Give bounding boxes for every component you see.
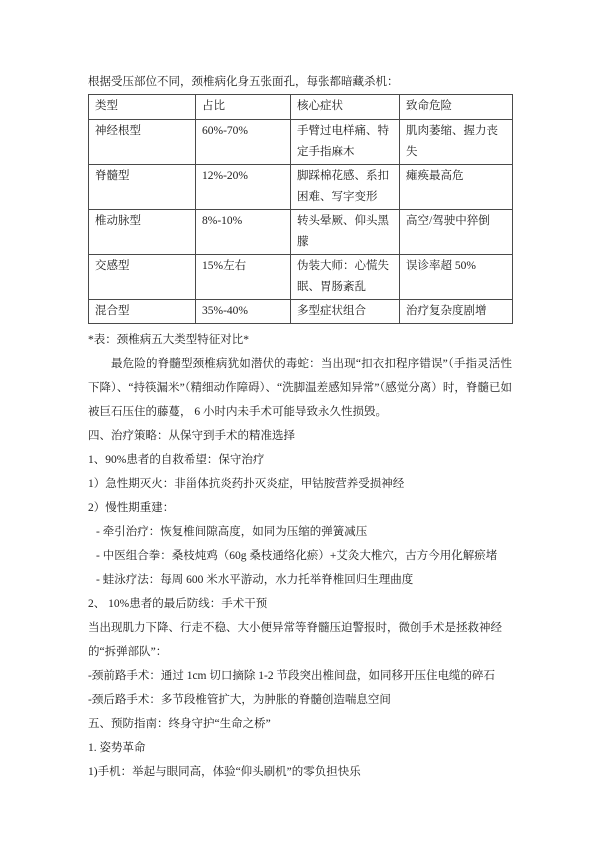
- list-item-swimming: - 蛙泳疗法：每周 600 米水平游动，水力托举脊椎回归生理曲度: [88, 568, 512, 592]
- header-type: 类型: [89, 95, 196, 120]
- cervical-types-table: 类型 占比 核心症状 致命危险 神经根型 60%-70% 手臂过电样痛、特定手指…: [88, 94, 513, 324]
- intro-text: 根据受压部位不同，颈椎病化身五张面孔，每张都暗藏杀机：: [88, 70, 512, 94]
- document-page: 根据受压部位不同，颈椎病化身五张面孔，每张都暗藏杀机： 类型 占比 核心症状 致…: [0, 0, 595, 841]
- cell-danger: 治疗复杂度剧增: [400, 300, 513, 324]
- cell-symptoms: 脚踩棉花感、系扣困难、写字变形: [291, 165, 400, 210]
- cell-ratio: 12%-20%: [196, 165, 291, 210]
- subheading-surgery: 2、 10%患者的最后防线：手术干预: [88, 592, 512, 616]
- table-row: 交感型 15%左右 伪装大师：心慌失眠、胃肠紊乱 误诊率超 50%: [89, 255, 513, 300]
- list-item-posterior-surgery: -颈后路手术：多节段椎管扩大，为肿胀的脊髓创造喘息空间: [88, 688, 512, 712]
- subheading-posture: 1. 姿势革命: [88, 736, 512, 760]
- table-row: 混合型 35%-40% 多型症状组合 治疗复杂度剧增: [89, 300, 513, 324]
- list-item-anterior-surgery: -颈前路手术：通过 1cm 切口摘除 1-2 节段突出椎间盘，如同移开压住电缆的…: [88, 664, 512, 688]
- table-caption: *表：颈椎病五大类型特征对比*: [88, 328, 512, 352]
- section-heading-treatment: 四、治疗策略：从保守到手术的精准选择: [88, 424, 512, 448]
- body-line-chronic: 2）慢性期重建：: [88, 496, 512, 520]
- header-ratio: 占比: [196, 95, 291, 120]
- list-item-traction: - 牵引治疗：恢复椎间隙高度，如同为压缩的弹簧减压: [88, 520, 512, 544]
- table-header-row: 类型 占比 核心症状 致命危险: [89, 95, 513, 120]
- cell-symptoms: 手臂过电样痛、特定手指麻木: [291, 120, 400, 165]
- cell-symptoms: 伪装大师：心慌失眠、胃肠紊乱: [291, 255, 400, 300]
- cell-symptoms: 多型症状组合: [291, 300, 400, 324]
- header-danger: 致命危险: [400, 95, 513, 120]
- header-symptoms: 核心症状: [291, 95, 400, 120]
- cell-type: 交感型: [89, 255, 196, 300]
- list-item-tcm: - 中医组合拳：桑枝炖鸡（60g 桑枝通络化瘀）+艾灸大椎穴，古方今用化解瘀堵: [88, 544, 512, 568]
- body-paragraph-surgery-warning: 当出现肌力下降、行走不稳、大小便异常等脊髓压迫警报时，微创手术是拯救神经的“拆弹…: [88, 616, 512, 664]
- body-line-acute: 1）急性期灭火：非甾体抗炎药扑灭炎症，甲钴胺营养受损神经: [88, 472, 512, 496]
- cell-symptoms: 转头晕厥、仰头黑朦: [291, 210, 400, 255]
- subheading-conservative: 1、90%患者的自救希望：保守治疗: [88, 448, 512, 472]
- body-paragraph-danger-warning: 最危险的脊髓型颈椎病犹如潜伏的毒蛇：当出现“扣衣扣程序错误”（手指灵活性下降）、…: [88, 352, 512, 424]
- section-heading-prevention: 五、预防指南：终身守护“生命之桥”: [88, 712, 512, 736]
- document-content: 根据受压部位不同，颈椎病化身五张面孔，每张都暗藏杀机： 类型 占比 核心症状 致…: [88, 70, 512, 784]
- table-row: 椎动脉型 8%-10% 转头晕厥、仰头黑朦 高空/驾驶中猝倒: [89, 210, 513, 255]
- cell-ratio: 35%-40%: [196, 300, 291, 324]
- cell-type: 混合型: [89, 300, 196, 324]
- cell-danger: 肌肉萎缩、握力丧失: [400, 120, 513, 165]
- cell-ratio: 15%左右: [196, 255, 291, 300]
- cell-danger: 瘫痪最高危: [400, 165, 513, 210]
- cell-type: 脊髓型: [89, 165, 196, 210]
- cell-type: 椎动脉型: [89, 210, 196, 255]
- cell-type: 神经根型: [89, 120, 196, 165]
- body-line-phone: 1)手机：举起与眼同高，体验“仰头刷机”的零负担快乐: [88, 760, 512, 784]
- cell-ratio: 8%-10%: [196, 210, 291, 255]
- cell-ratio: 60%-70%: [196, 120, 291, 165]
- cell-danger: 高空/驾驶中猝倒: [400, 210, 513, 255]
- cell-danger: 误诊率超 50%: [400, 255, 513, 300]
- table-row: 脊髓型 12%-20% 脚踩棉花感、系扣困难、写字变形 瘫痪最高危: [89, 165, 513, 210]
- table-row: 神经根型 60%-70% 手臂过电样痛、特定手指麻木 肌肉萎缩、握力丧失: [89, 120, 513, 165]
